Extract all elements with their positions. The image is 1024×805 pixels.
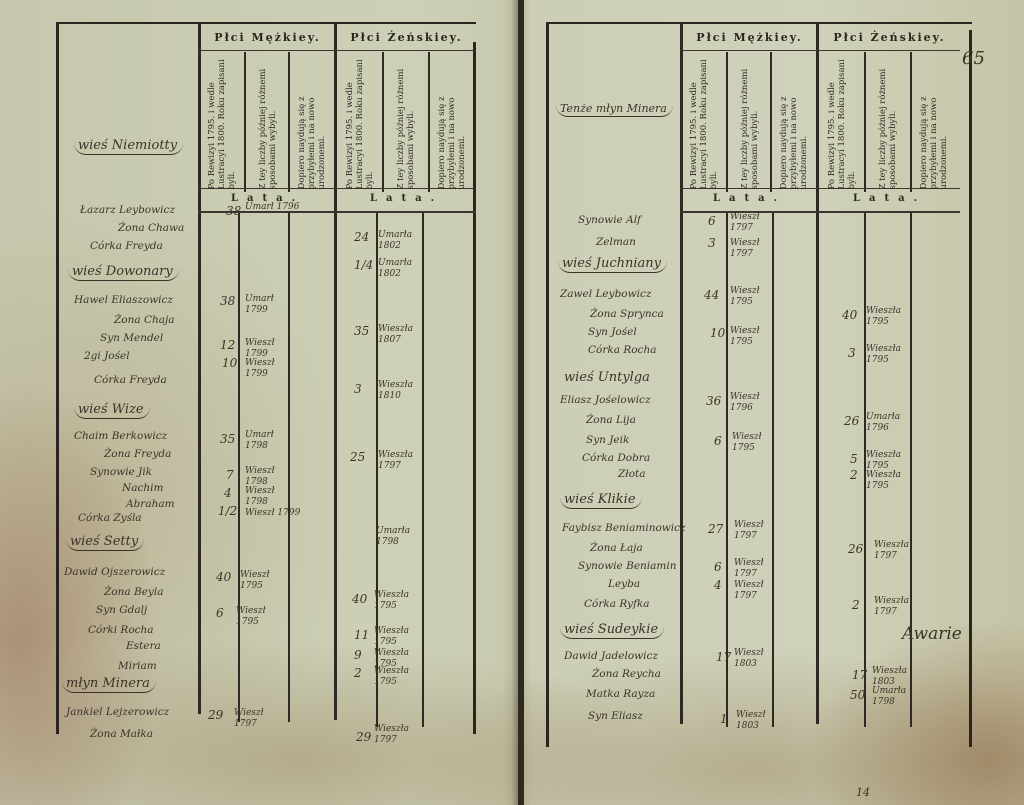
entry-status-female: Wieszła 1795: [866, 450, 916, 472]
col-header-departed-female: Z tey liczby później różnemi sposobami w…: [384, 52, 428, 192]
entry-status-male: Wieszł 1797: [730, 238, 775, 260]
entry-status-female: Wieszła 1795: [866, 306, 916, 328]
years-label-female: Lata.: [819, 188, 960, 210]
entry-age-male: 38: [226, 204, 241, 218]
entry-age-male: 17: [716, 650, 731, 664]
entry-name: Miriam: [118, 660, 157, 672]
village-heading: młyn Minera: [62, 676, 156, 693]
entry-status-male: Wieszł 1795: [730, 326, 775, 348]
entry-status-male: Wieszł 1797: [234, 708, 279, 730]
entry-status-male: Wieszł 1799: [245, 508, 300, 519]
village-heading: Tenże młyn Minera: [556, 102, 673, 117]
entry-status-male: Wieszł 1797: [730, 212, 775, 234]
entry-name: Żona Lija: [586, 414, 636, 426]
entry-name: Chaim Berkowicz: [74, 430, 167, 442]
entry-age-male: 6: [714, 560, 722, 574]
entry-age-male: 38: [220, 294, 235, 308]
entry-status-female: Wieszła 1795: [374, 590, 424, 612]
entry-age-male: 3: [708, 236, 716, 250]
entry-age-male: 40: [216, 570, 231, 584]
female-group-header: Płci Żeńskiey.: [819, 26, 960, 50]
entry-name: Zawel Leybowicz: [560, 288, 651, 300]
entry-status-male: Wieszł 1797: [734, 558, 779, 580]
entry-name: Nachim: [122, 482, 163, 494]
entry-name: Córka Dobra: [582, 452, 650, 464]
entry-age-female: 40: [842, 308, 857, 322]
entry-status-male: Wieszł 1803: [736, 710, 781, 732]
entry-name: Żona Chawa: [118, 222, 184, 234]
entry-age-male: 6: [708, 214, 716, 228]
col-header-registered-male: Po Rewizyi 1795. i wedle Lustracyi 1800.…: [200, 52, 244, 192]
village-heading: wieś Klikie: [560, 492, 642, 509]
entry-status-male: Umarł 1799: [245, 294, 290, 316]
entry-status-female: Wieszła 1810: [378, 380, 428, 402]
entry-name: Żona Freyda: [104, 448, 171, 460]
entry-name: Matka Rayza: [586, 688, 655, 700]
top-rule: [546, 22, 972, 24]
entry-status-male: Wieszł 1799: [245, 338, 290, 360]
entry-age-male: 36: [706, 394, 721, 408]
entry-status-female: Wieszła 1795: [866, 344, 916, 366]
village-heading: wieś Untylga: [560, 370, 656, 386]
entry-name: Dawid Jadelowicz: [564, 650, 658, 662]
entry-age-female: 1/4: [354, 258, 373, 272]
entry-status-male: Umarł 1796: [245, 202, 299, 213]
entry-age-male: 44: [704, 288, 719, 302]
years-label-female: Lata.: [337, 188, 476, 210]
entry-status-male: Wieszł 1798: [245, 466, 290, 488]
entry-name: Żona Chaja: [114, 314, 175, 326]
entry-name: Żona Sprynca: [590, 308, 664, 320]
entry-status-male: Wieszł 1795: [730, 286, 775, 308]
entry-status-female: Wieszła 1797: [374, 724, 424, 746]
entry-name: Żona Małka: [90, 728, 153, 740]
page-number-mark: 65: [962, 48, 985, 69]
entry-age-female: 11: [354, 628, 369, 642]
entry-age-male: 10: [710, 326, 725, 340]
male-group-header: Płci Mężkiey.: [201, 26, 334, 50]
column-divider: [238, 212, 240, 722]
entry-name: Syn Jeik: [586, 434, 629, 446]
bottom-page-mark: 14: [856, 786, 870, 799]
entry-status-female: Wieszła 1795: [866, 470, 916, 492]
entry-status-male: Wieszł 1796: [730, 392, 775, 414]
entry-status-female: Wieszła 1795: [374, 626, 424, 648]
entry-age-female: 24: [354, 230, 369, 244]
entry-status-male: Wieszł 1795: [240, 570, 285, 592]
right-border: [969, 30, 972, 747]
entry-age-male: 7: [226, 468, 234, 482]
entry-status-male: Wieszł 1803: [734, 648, 779, 670]
entry-status-male: Wieszł 1799: [245, 358, 290, 380]
entry-status-female: Wieszła 1795: [374, 666, 424, 688]
entry-age-male: 10: [222, 356, 237, 370]
entry-age-female: 3: [848, 346, 856, 360]
entry-name: Żona Beyla: [104, 586, 163, 598]
entry-age-male: 27: [708, 522, 723, 536]
entry-age-female: 2: [850, 468, 858, 482]
entry-status-female: Umarła 1798: [872, 686, 922, 708]
entry-age-female: 17: [852, 668, 867, 682]
entry-status-male: Wieszł 1795: [732, 432, 777, 454]
entry-age-female: 2: [354, 666, 362, 680]
page-fold-shadow: [511, 0, 518, 805]
entry-age-female: 25: [350, 450, 365, 464]
top-rule: [56, 22, 476, 24]
village-heading: wieś Sudeykie: [560, 622, 664, 639]
entry-age-female: 29: [356, 730, 371, 744]
entry-name: Łazarz Leybowicz: [80, 204, 175, 216]
entry-name: Córka Ryfka: [584, 598, 650, 610]
margin-note: Awarie: [902, 624, 962, 644]
entry-age-male: 6: [714, 434, 722, 448]
header-rule: [680, 211, 960, 213]
left-border: [56, 22, 59, 734]
column-divider: [816, 24, 819, 724]
entry-status-female: Wieszła 1803: [872, 666, 922, 688]
column-divider: [334, 24, 337, 720]
entry-name: Córki Rocha: [88, 624, 154, 636]
village-heading: wieś Juchniany: [558, 256, 667, 273]
female-group-header: Płci Żeńskiey.: [337, 26, 476, 50]
entry-name: Eliasz Jośelowicz: [560, 394, 650, 406]
header-rule: [680, 50, 960, 51]
entry-status-female: Umarła 1796: [866, 412, 916, 434]
binding-gutter: [518, 0, 524, 805]
entry-status-male: Umarł 1798: [245, 430, 290, 452]
col-header-present-male: Dopiero naydują się z przybyłemi i na no…: [772, 52, 816, 192]
entry-name: Hawel Eliaszowicz: [74, 294, 173, 306]
entry-age-female: 3: [354, 382, 362, 396]
entry-name: Zelman: [596, 236, 636, 248]
col-header-departed-male: Z tey liczby później różnemi sposobami w…: [246, 52, 290, 192]
entry-age-male: 29: [208, 708, 223, 722]
entry-name: Leyba: [608, 578, 640, 590]
years-label-male: Lata.: [683, 188, 816, 210]
entry-age-male: 12: [220, 338, 235, 352]
entry-age-male: 6: [216, 606, 224, 620]
col-header-departed-male: Z tey liczby później różnemi sposobami w…: [728, 52, 772, 192]
entry-name: Żona Łaja: [590, 542, 643, 554]
entry-name: Córka Zyśla: [78, 512, 142, 524]
entry-name: Córka Freyda: [94, 374, 167, 386]
entry-status-male: Wieszł 1795: [236, 606, 281, 628]
entry-name: Synowie Jik: [90, 466, 152, 478]
entry-age-male: 1/2: [218, 504, 237, 518]
entry-name: Synowie Beniamin: [578, 560, 677, 572]
header-rule: [198, 50, 476, 51]
entry-name: Córka Freyda: [90, 240, 163, 252]
village-heading: wieś Niemiotty: [74, 138, 183, 155]
village-heading: wieś Wize: [74, 402, 150, 419]
entry-age-female: 50: [850, 688, 865, 702]
entry-name: Złota: [618, 468, 646, 480]
entry-age-female: 26: [848, 542, 863, 556]
col-header-present-female: Dopiero naydują się z przybyłemi i na no…: [912, 52, 956, 192]
male-group-header: Płci Mężkiey.: [683, 26, 816, 50]
entry-name: 2gi Jośel: [84, 350, 130, 362]
village-heading: wieś Setty: [66, 534, 144, 551]
entry-status-female: Umarła 1798: [376, 526, 426, 548]
entry-age-male: 4: [224, 486, 232, 500]
entry-age-female: 9: [354, 648, 362, 662]
entry-status-female: Wieszła 1807: [378, 324, 428, 346]
entry-status-male: Wieszł 1797: [734, 520, 779, 542]
entry-name: Estera: [126, 640, 161, 652]
entry-status-female: Wieszła 1797: [874, 540, 924, 562]
entry-name: Córka Rocha: [588, 344, 656, 356]
col-header-present-male: Dopiero naydują się z przybyłemi i na no…: [290, 52, 334, 192]
col-header-present-female: Dopiero naydują się z przybyłemi i na no…: [430, 52, 474, 192]
village-heading: wieś Dowonary: [68, 264, 179, 281]
entry-status-male: Wieszł 1798: [245, 486, 290, 508]
col-header-registered-female: Po Rewizyi 1795. i wedle Lustracyi 1800.…: [338, 52, 382, 192]
entry-name: Synowie Alf: [578, 214, 641, 226]
entry-name: Jankiel Lejzerowicz: [66, 706, 169, 718]
entry-status-male: Wieszł 1797: [734, 580, 779, 602]
entry-name: Faybisz Beniaminowicz: [562, 522, 686, 534]
entry-age-female: 35: [354, 324, 369, 338]
entry-name: Dawid Ojszerowicz: [64, 566, 165, 578]
entry-age-female: 5: [850, 452, 858, 466]
entry-status-female: Wieszła 1797: [874, 596, 924, 618]
entry-age-male: 35: [220, 432, 235, 446]
entry-name: Syn Gdalj: [96, 604, 147, 616]
entry-name: Syn Jośel: [588, 326, 637, 338]
col-header-departed-female: Z tey liczby później różnemi sposobami w…: [866, 52, 910, 192]
entry-age-female: 26: [844, 414, 859, 428]
entry-status-female: Umarła 1802: [378, 230, 428, 252]
entry-age-male: 1: [720, 712, 728, 726]
left-border: [546, 22, 549, 747]
entry-age-female: 40: [352, 592, 367, 606]
entry-age-male: 4: [714, 578, 722, 592]
col-header-registered-female: Po Rewizyi 1795. i wedle Lustracyi 1800.…: [820, 52, 864, 192]
col-header-registered-male: Po Rewizyi 1795. i wedle Lustracyi 1800.…: [682, 52, 726, 192]
entry-status-female: Umarła 1802: [378, 258, 428, 280]
entry-age-female: 2: [852, 598, 860, 612]
entry-name: Żona Reycha: [592, 668, 661, 680]
entry-name: Syn Eliasz: [588, 710, 643, 722]
entry-name: Abraham: [126, 498, 175, 510]
entry-name: Syn Mendel: [100, 332, 163, 344]
entry-status-female: Wieszła 1797: [378, 450, 428, 472]
